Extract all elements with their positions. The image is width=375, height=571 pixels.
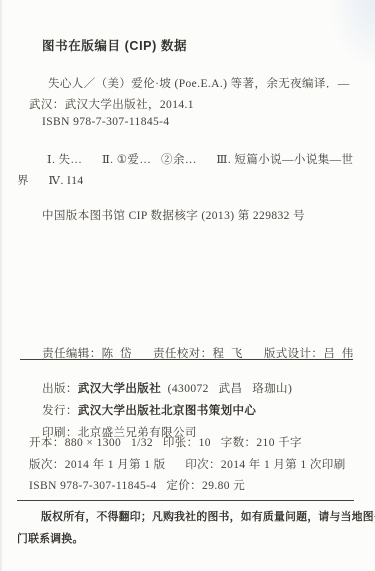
cip-record-number: 中国版本图书馆 CIP 数据核字 (2013) 第 229832 号 xyxy=(42,207,305,223)
staff-credits: 责任编辑：陈 岱责任校对：程 飞版式设计：吕 伟 xyxy=(29,333,354,373)
copyright-notice: 版权所有，不得翻印；凡购我社的图书，如有质量问题，请与当地图书销售部 门联系调换… xyxy=(17,506,365,550)
cip-isbn-line: ISBN 978-7-307-11845-4 xyxy=(42,116,170,128)
format-line: 开本：880 × 1300 1/32 印张：10 字数：210 千字 xyxy=(29,434,302,450)
scan-tint-corner xyxy=(327,0,375,70)
notice-line-2: 门联系调换。 xyxy=(17,528,365,550)
cip-header: 图书在版编目 (CIP) 数据 xyxy=(42,36,187,54)
top-divider xyxy=(20,359,353,360)
cip-entry-line2: 武汉：武汉大学出版社，2014.1 xyxy=(29,96,194,112)
copyright-page: 图书在版编目 (CIP) 数据 失心人／（美）爱伦·坡 (Poe.E.A.) 等… xyxy=(0,0,375,571)
isbn-price-line: ISBN 978-7-307-11845-4 定价：29.80 元 xyxy=(29,477,245,493)
cip-entry-line1: 失心人／（美）爱伦·坡 (Poe.E.A.) 等著，余无夜编译．— xyxy=(48,75,350,91)
cip-classification-line1: Ⅰ. 失… Ⅱ. ①爱… ②余… Ⅲ. 短篇小说—小说集—世 xyxy=(47,151,353,167)
bottom-divider xyxy=(17,500,354,501)
notice-line-1: 版权所有，不得翻印；凡购我社的图书，如有质量问题，请与当地图书销售部 xyxy=(17,506,365,528)
edition-line: 版次：2014 年 1 月第 1 版 印次：2014 年 1 月第 1 次印刷 xyxy=(29,456,346,472)
cip-classification-line2: 界 Ⅳ. I14 xyxy=(17,172,84,188)
scan-edge-shadow xyxy=(0,0,3,571)
